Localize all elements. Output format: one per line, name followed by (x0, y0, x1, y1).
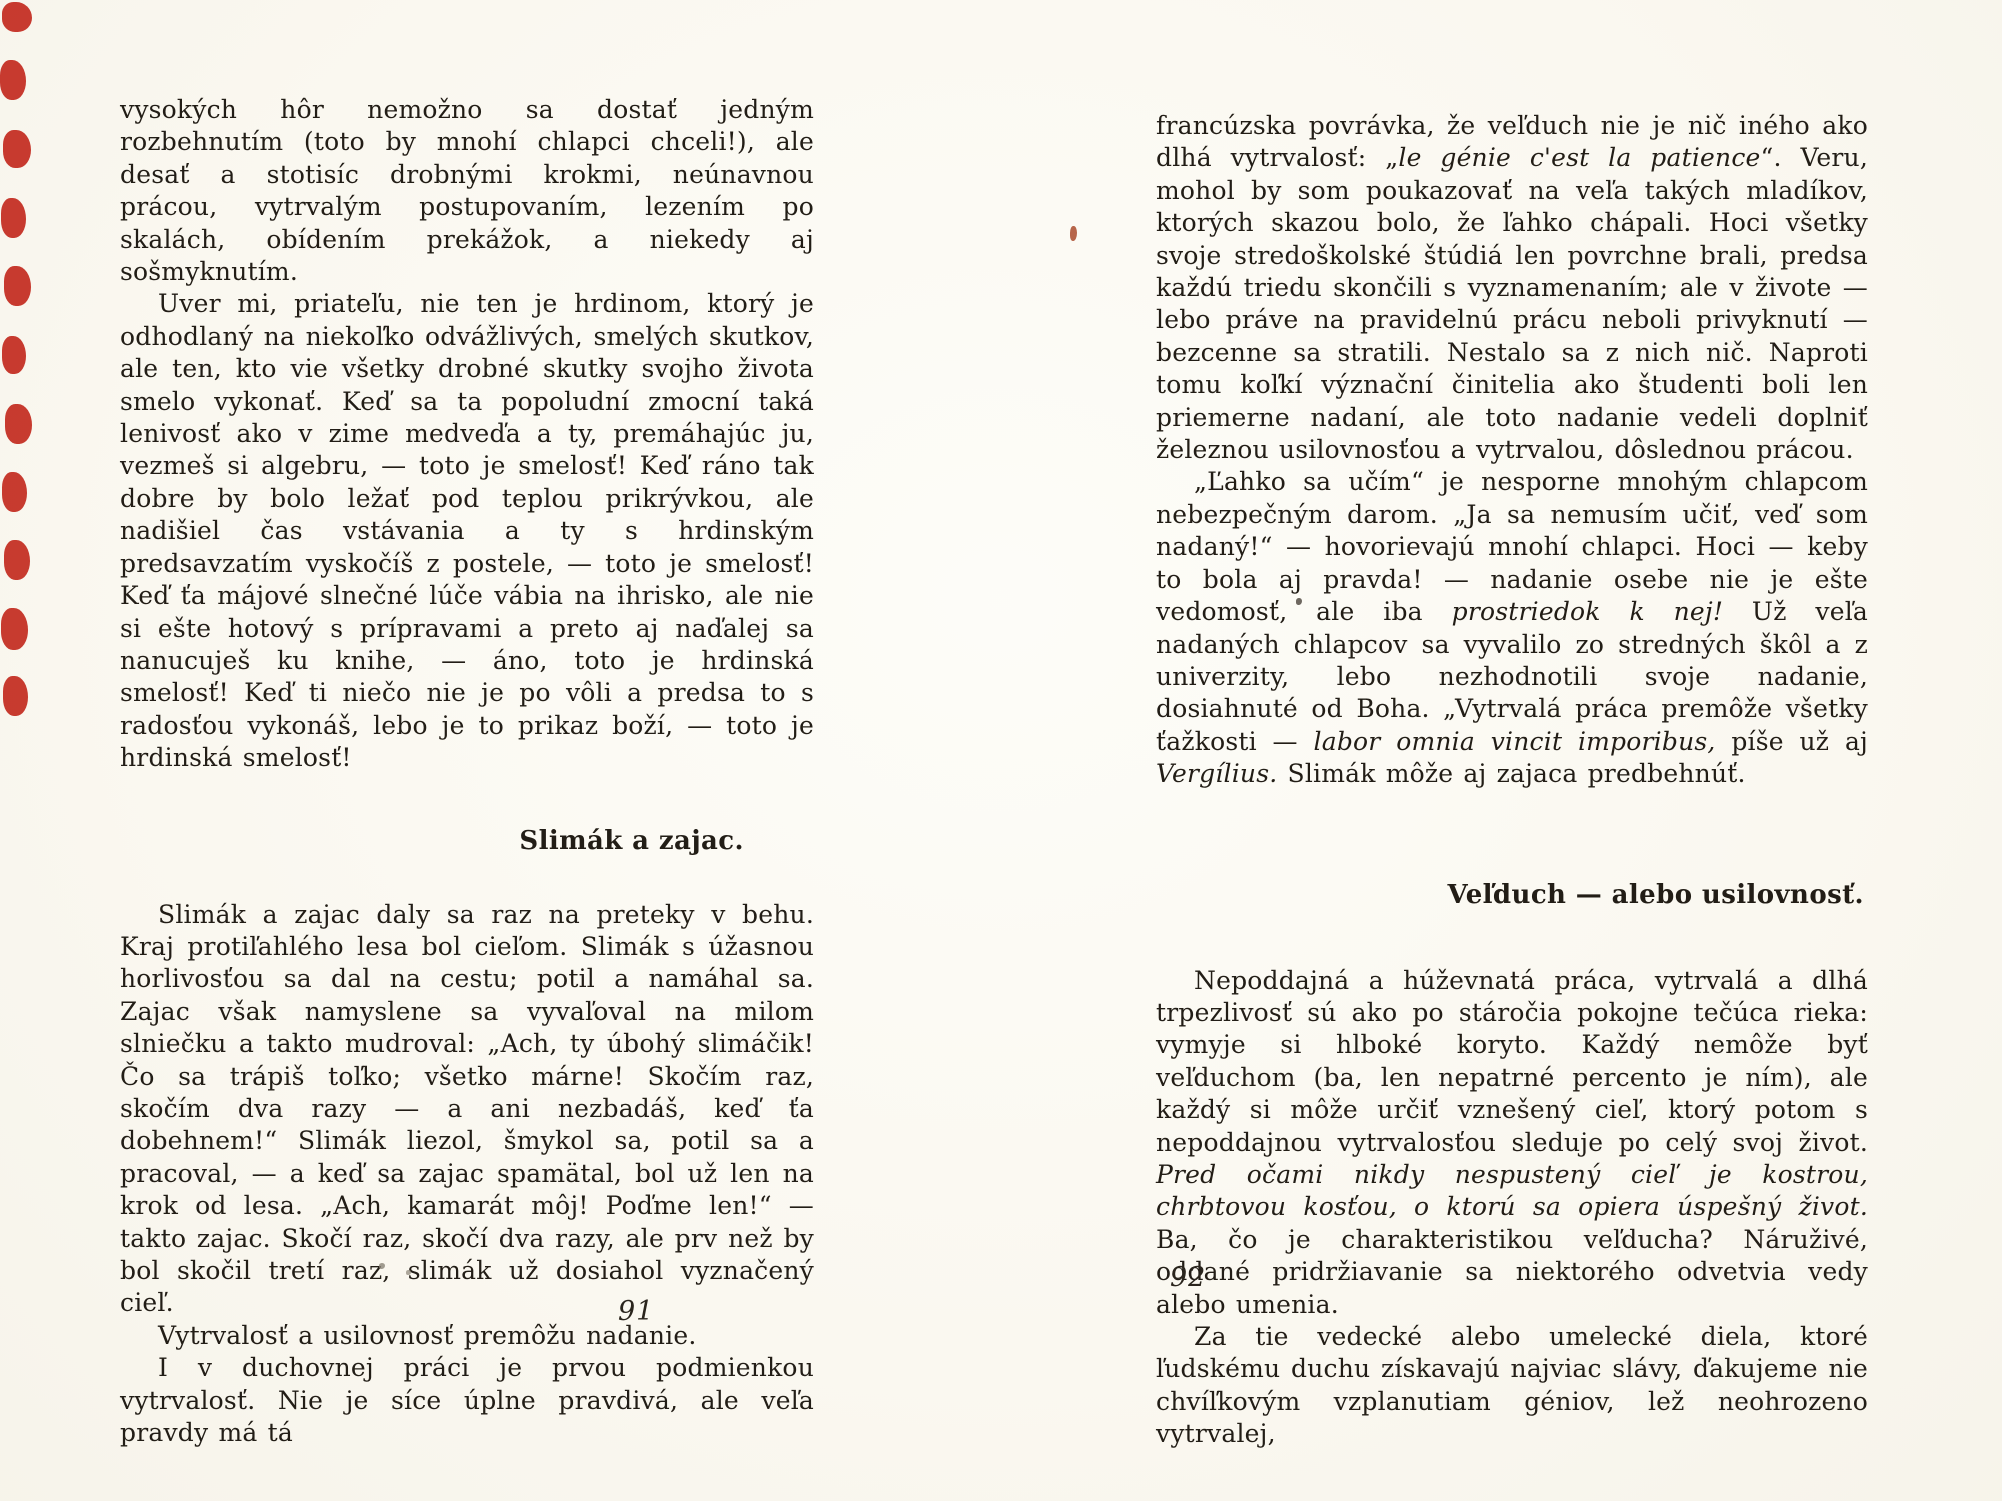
red-edge-mark (3, 676, 28, 716)
text-run: Nepoddajná a húževnatá práca, vytrvalá a… (1156, 966, 1868, 1157)
section-heading: Slimák a zajac. (120, 825, 814, 857)
page-number-right: 92 (1170, 1262, 1206, 1293)
italic-run: labor omnia vincit imporibus, (1314, 727, 1716, 756)
red-edge-mark (4, 540, 30, 580)
text-run: “. Veru, mohol by som poukazovať na veľa… (1156, 143, 1868, 464)
paragraph: vysokých hôr nemožno sa dostať jedným ro… (120, 94, 814, 288)
text-run: Vytrvalosť a usilovnosť premôžu nadanie. (158, 1321, 696, 1350)
paragraph: Slimák a zajac daly sa raz na preteky v … (120, 899, 814, 1320)
paragraph: Vytrvalosť a usilovnosť premôžu nadanie. (120, 1320, 814, 1352)
page-right-text: francúzska povrávka, že veľduch nie je n… (1156, 110, 1868, 1451)
ink-speck (1070, 226, 1077, 241)
book-scan: vysokých hôr nemožno sa dostať jedným ro… (0, 0, 2002, 1501)
text-run: Ba, čo je charakteristikou veľducha? Nár… (1156, 1225, 1868, 1319)
red-edge-mark (4, 266, 31, 306)
paragraph: Nepoddajná a húževnatá práca, vytrvalá a… (1156, 965, 1868, 1321)
text-run: I v duchovnej práci je prvou podmienkou … (120, 1353, 814, 1447)
red-edge-mark (1, 608, 28, 650)
section-heading: Veľduch — alebo usilovnosť. (1156, 879, 1868, 911)
paragraph: francúzska povrávka, že veľduch nie je n… (1156, 110, 1868, 466)
page-left-text: vysokých hôr nemožno sa dostať jedným ro… (120, 94, 814, 1449)
paragraph: Uver mi, priateľu, nie ten je hrdinom, k… (120, 288, 814, 774)
italic-run: le génie c'est la patience (1398, 143, 1760, 172)
text-run: píše už aj (1716, 727, 1868, 756)
italic-run: prostriedok k nej! (1452, 597, 1724, 626)
red-edge-mark (1, 198, 26, 238)
red-edge-mark (2, 336, 26, 374)
red-edge-mark (2, 2, 32, 32)
paragraph: „Ľahko sa učím“ je nesporne mnohým chlap… (1156, 466, 1868, 790)
red-edge-mark (5, 404, 32, 444)
red-edge-mark (3, 130, 31, 168)
text-run: Uver mi, priateľu, nie ten je hrdinom, k… (120, 289, 814, 772)
paragraph: Za tie vedecké alebo umelecké diela, kto… (1156, 1321, 1868, 1451)
red-edge-mark (2, 472, 27, 512)
italic-run: Pred očami nikdy nespustený cieľ je kost… (1156, 1160, 1868, 1221)
text-run: Slimák a zajac daly sa raz na preteky v … (120, 900, 814, 1318)
red-edge-mark (0, 60, 26, 100)
page-number-left: 91 (618, 1296, 654, 1327)
italic-run: Vergílius. (1156, 759, 1277, 788)
red-edge-marks (0, 0, 60, 760)
text-run: vysokých hôr nemožno sa dostať jedným ro… (120, 95, 814, 286)
text-run: Za tie vedecké alebo umelecké diela, kto… (1156, 1322, 1868, 1448)
text-run: Slimák môže aj zajaca predbehnúť. (1277, 759, 1745, 788)
paragraph: I v duchovnej práci je prvou podmienkou … (120, 1352, 814, 1449)
